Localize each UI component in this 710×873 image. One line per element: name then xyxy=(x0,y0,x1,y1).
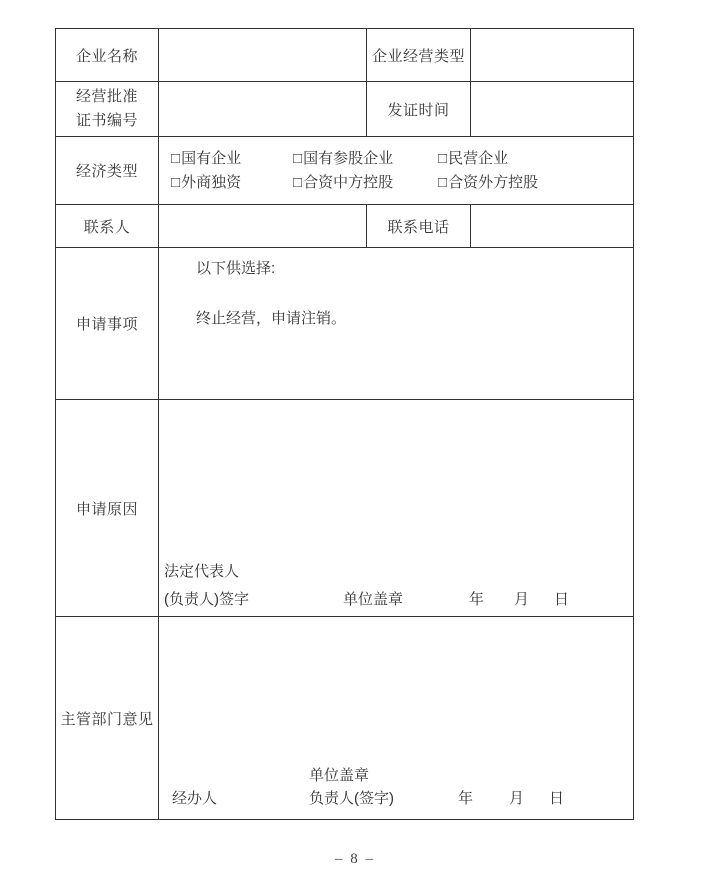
license-no-input-cell[interactable] xyxy=(159,82,367,137)
application-items-content-cell[interactable]: 以下供选择: 终止经营，申请注销。 xyxy=(159,248,634,400)
day-label: 日 xyxy=(554,588,569,609)
handler-label: 经办人 xyxy=(172,787,217,808)
application-items-hint: 以下供选择: xyxy=(196,257,275,278)
responsible-person-signature-label: 负责人(签字) xyxy=(309,787,394,808)
legal-representative-signature-line2: (负责人)签字 xyxy=(164,586,249,614)
contact-phone-label: 联系电话 xyxy=(367,205,471,248)
contact-person-input-cell[interactable] xyxy=(159,205,367,248)
application-items-option-text: 终止经营，申请注销。 xyxy=(196,307,346,328)
application-items-label: 申请事项 xyxy=(56,248,159,400)
contact-person-label: 联系人 xyxy=(56,205,159,248)
legal-representative-signature-label: 法定代表人 (负责人)签字 xyxy=(164,558,249,614)
table-row-enterprise-name: 企业名称 企业经营类型 xyxy=(56,29,634,82)
table-row-application-reason: 申请原因 法定代表人 (负责人)签字 单位盖章 年 月 日 xyxy=(56,400,634,617)
year-label: 年 xyxy=(458,787,473,808)
application-reason-label: 申请原因 xyxy=(56,400,159,617)
checkbox-icon: □ xyxy=(438,150,447,167)
enterprise-name-input-cell[interactable] xyxy=(159,29,367,82)
checkbox-option-label: 国有参股企业 xyxy=(303,150,393,167)
unit-seal-label: 单位盖章 xyxy=(309,764,369,785)
checkbox-option-jv-chinese-controlled[interactable]: □合资中方控股 xyxy=(293,171,438,195)
document-page: 企业名称 企业经营类型 经营批准 证书编号 发证时间 经济类型 □国有企业□国有… xyxy=(0,0,710,873)
checkbox-icon: □ xyxy=(293,150,302,167)
economic-type-options-row1: □国有企业□国有参股企业□民营企业 xyxy=(159,147,633,171)
checkbox-option-label: 国有企业 xyxy=(181,150,241,167)
checkbox-icon: □ xyxy=(438,174,447,191)
checkbox-option-foreign-owned[interactable]: □外商独资 xyxy=(171,171,293,195)
table-row-department-opinion: 主管部门意见 单位盖章 经办人 负责人(签字) 年 月 日 xyxy=(56,617,634,820)
table-row-application-items: 申请事项 以下供选择: 终止经营，申请注销。 xyxy=(56,248,634,400)
checkbox-icon: □ xyxy=(171,174,180,191)
checkbox-option-label: 外商独资 xyxy=(181,174,241,191)
economic-type-options-cell: □国有企业□国有参股企业□民营企业 □外商独资□合资中方控股□合资外方控股 xyxy=(159,137,634,205)
year-label: 年 xyxy=(469,588,484,609)
day-label: 日 xyxy=(549,787,564,808)
application-form-table: 企业名称 企业经营类型 经营批准 证书编号 发证时间 经济类型 □国有企业□国有… xyxy=(55,28,634,820)
checkbox-icon: □ xyxy=(293,174,302,191)
checkbox-option-label: 民营企业 xyxy=(448,150,508,167)
issue-date-input-cell[interactable] xyxy=(471,82,634,137)
license-no-label: 经营批准 证书编号 xyxy=(56,82,159,137)
month-label: 月 xyxy=(509,787,524,808)
checkbox-option-label: 合资中方控股 xyxy=(303,174,393,191)
economic-type-options-row2: □外商独资□合资中方控股□合资外方控股 xyxy=(159,171,633,195)
legal-representative-signature-line1: 法定代表人 xyxy=(164,558,249,586)
checkbox-option-jv-foreign-controlled[interactable]: □合资外方控股 xyxy=(438,171,538,195)
month-label: 月 xyxy=(514,588,529,609)
page-number: – 8 – xyxy=(0,851,710,868)
enterprise-name-label: 企业名称 xyxy=(56,29,159,82)
department-opinion-label: 主管部门意见 xyxy=(56,617,159,820)
checkbox-option-state-owned[interactable]: □国有企业 xyxy=(171,147,293,171)
department-opinion-content-cell[interactable]: 单位盖章 经办人 负责人(签字) 年 月 日 xyxy=(159,617,634,820)
issue-date-label: 发证时间 xyxy=(367,82,471,137)
unit-seal-label: 单位盖章 xyxy=(343,588,403,609)
table-row-economic-type: 经济类型 □国有企业□国有参股企业□民营企业 □外商独资□合资中方控股□合资外方… xyxy=(56,137,634,205)
checkbox-icon: □ xyxy=(171,150,180,167)
application-reason-content-cell[interactable]: 法定代表人 (负责人)签字 单位盖章 年 月 日 xyxy=(159,400,634,617)
checkbox-option-label: 合资外方控股 xyxy=(448,174,538,191)
checkbox-option-private[interactable]: □民营企业 xyxy=(438,147,508,171)
contact-phone-input-cell[interactable] xyxy=(471,205,634,248)
business-type-label: 企业经营类型 xyxy=(367,29,471,82)
business-type-input-cell[interactable] xyxy=(471,29,634,82)
table-row-contact: 联系人 联系电话 xyxy=(56,205,634,248)
checkbox-option-state-shareholding[interactable]: □国有参股企业 xyxy=(293,147,438,171)
economic-type-label: 经济类型 xyxy=(56,137,159,205)
license-no-label-line1: 经营批准 xyxy=(56,85,158,109)
table-row-license-no: 经营批准 证书编号 发证时间 xyxy=(56,82,634,137)
license-no-label-line2: 证书编号 xyxy=(56,109,158,133)
